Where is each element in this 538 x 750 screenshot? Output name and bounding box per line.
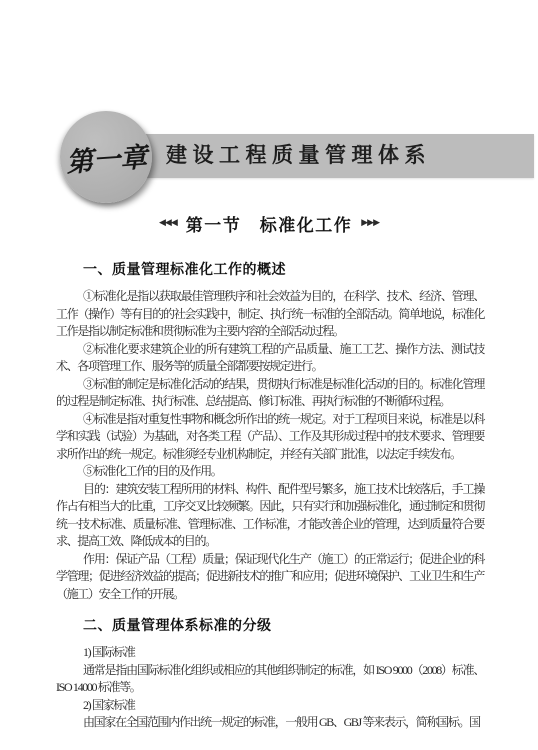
paragraph: 由国家在全国范围内作出统一规定的标准，一般用 GB、GBJ 等来表示，简称国标。… <box>56 714 484 732</box>
chapter-number-label: 第一章 <box>64 135 148 180</box>
chapter-title-bar: 建设工程质量管理体系 <box>124 134 534 178</box>
paragraph: ④标准是指对重复性事物和概念所作出的统一规定。对于工程项目来说，标准是以科学和实… <box>56 411 484 464</box>
right-arrows-icon: ▶▶▶ <box>361 219 379 228</box>
paragraph: ③标准的制定是标准化活动的结果，贯彻执行标准是标准化活动的目的。标准化管理的过程… <box>56 376 484 411</box>
paragraph: ②标准化要求建筑企业的所有建筑工程的产品质量、施工工艺、操作方法、测试技术、各项… <box>56 341 484 376</box>
chapter-number-badge: 第一章 <box>60 111 152 203</box>
paragraph: ①标准化是指以获取最佳管理秩序和社会效益为目的，在科学、技术、经济、管理、工作（… <box>56 288 484 341</box>
paragraph: 1) 国际标准 <box>56 644 484 662</box>
paragraph: 目的：建筑安装工程所用的材料、构件、配件型号繁多，施工技术比较落后，手工操作占有… <box>56 481 484 551</box>
paragraph: 通常是指由国际标准化组织或相应的其他组织制定的标准，如 ISO 9000（200… <box>56 662 484 697</box>
paragraph: 2) 国家标准 <box>56 697 484 715</box>
subsection-heading-1: 一、质量管理标准化工作的概述 <box>56 259 484 279</box>
paragraph: 作用：保证产品（工程）质量；保证现代化生产（施工）的正常运行；促进企业的科学管理… <box>56 551 484 604</box>
subsection-heading-2: 二、质量管理体系标准的分级 <box>56 615 484 635</box>
chapter-title: 建设工程质量管理体系 <box>124 134 534 178</box>
section-header: ◀◀◀ 第一节 标准化工作 ▶▶▶ <box>0 211 538 236</box>
left-arrows-icon: ◀◀◀ <box>159 219 177 228</box>
page-content: 一、质量管理标准化工作的概述 ①标准化是指以获取最佳管理秩序和社会效益为目的，在… <box>56 259 484 732</box>
paragraph: ⑤标准化工作的目的及作用。 <box>56 463 484 481</box>
section-title: 第一节 标准化工作 <box>186 211 353 236</box>
book-page: 建设工程质量管理体系 第一章 ◀◀◀ 第一节 标准化工作 ▶▶▶ 一、质量管理标… <box>0 0 538 750</box>
